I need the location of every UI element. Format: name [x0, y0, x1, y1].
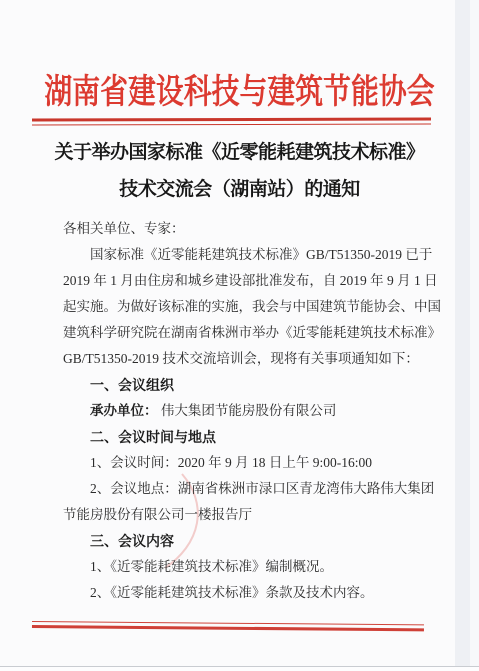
meeting-time-line: 1、会议时间：2020 年 9 月 18 日上午 9:00-16:00 [63, 450, 413, 476]
scanned-notice-page: 湖南省建设科技与建筑节能协会 关于举办国家标准《近零能耗建筑技术标准》 技术交流… [0, 0, 479, 671]
meeting-place-line-2: 节能房股份有限公司一楼报告厅 [63, 502, 413, 528]
notice-body: 各相关单位、专家： 国家标准《近零能耗建筑技术标准》GB/T51350-2019… [63, 216, 413, 606]
document-title: 关于举办国家标准《近零能耗建筑技术标准》 技术交流会（湖南站）的通知 [0, 134, 479, 208]
scan-edge-bottom-area [0, 667, 479, 671]
agenda-item-2: 2、《近零能耗建筑技术标准》条款及技术内容。 [63, 580, 413, 606]
meeting-place-line: 2、会议地点：湖南省株洲市渌口区青龙湾伟大路伟大集团 [63, 476, 413, 502]
body-line: 2019 年 1 月由住房和城乡建设部批准发布，自 2019 年 9 月 1 日 [63, 268, 413, 294]
document-title-line1: 关于举办国家标准《近零能耗建筑技术标准》 [0, 134, 479, 171]
scan-edge-right-outer [470, 0, 479, 671]
salutation: 各相关单位、专家： [63, 216, 413, 242]
footer-double-rule [32, 621, 424, 631]
body-line: 起实施。为做好该标准的实施，我会与中国建筑节能协会、中国 [63, 294, 413, 320]
body-line: GB/T51350-2019 技术交流培训会，现将有关事项通知如下： [63, 346, 413, 372]
letterhead-double-rule [32, 117, 431, 125]
body-line: 国家标准《近零能耗建筑技术标准》GB/T51350-2019 已于 [63, 242, 413, 268]
scan-edge-right-band [455, 0, 470, 671]
organizer-label: 承办单位： [90, 403, 158, 418]
section-heading-3: 三、会议内容 [63, 528, 413, 554]
organizer-line: 承办单位： 伟大集团节能房股份有限公司 [63, 398, 413, 424]
body-line: 建筑科学研究院在湖南省株洲市举办《近零能耗建筑技术标准》 [63, 320, 413, 346]
letterhead-org-name: 湖南省建设科技与建筑节能协会 [43, 72, 436, 112]
document-title-line2: 技术交流会（湖南站）的通知 [0, 171, 479, 208]
section-heading-2: 二、会议时间与地点 [63, 424, 413, 450]
organizer-value: 伟大集团节能房股份有限公司 [161, 403, 337, 418]
section-heading-1: 一、会议组织 [63, 372, 413, 398]
agenda-item-1: 1、《近零能耗建筑技术标准》编制概况。 [63, 554, 413, 580]
